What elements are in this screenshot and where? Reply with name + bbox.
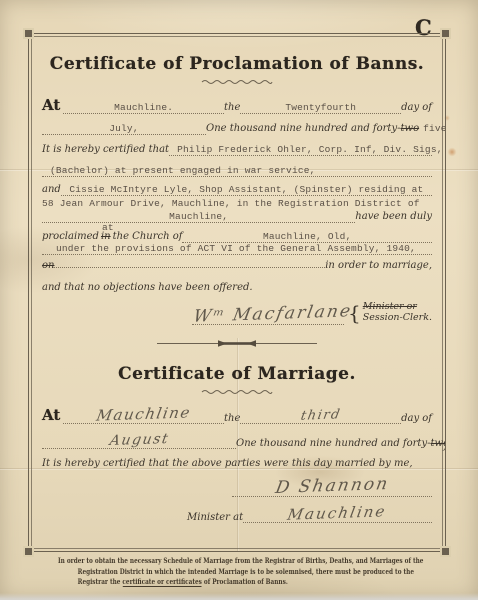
objections-text: and that no objections have been offered…	[42, 282, 253, 293]
church-value: Mauchline, Old,	[263, 231, 352, 242]
the-label: the	[224, 413, 240, 424]
banns-order-row: on in order to marriage,	[42, 260, 432, 271]
minister-at-row: Minister at Mauchline	[42, 501, 432, 523]
session-clerk-signature-field: Wᵐ Macfarlane	[192, 304, 344, 325]
year-struck-word: two	[400, 123, 419, 134]
church-field: Mauchline, Old,	[182, 231, 432, 243]
session-clerk-signature: Wᵐ Macfarlane	[192, 301, 354, 326]
footer-line-3-post: of Proclamation of Banns.	[202, 577, 288, 586]
at-label: At	[42, 406, 63, 424]
banns-district-row: Mauchline, have been duly	[42, 211, 432, 223]
banns-year-typed-value: five.	[423, 123, 445, 134]
photo-bottom-edge	[0, 593, 478, 600]
banns-bride-address-row: 58 Jean Armour Drive, Mauchline, in the …	[42, 198, 432, 209]
banns-groom-status-row: (Bachelor) at present engaged in war ser…	[42, 165, 432, 177]
day-of-label: day of	[401, 102, 432, 113]
marriage-place-value: Mauchline	[95, 403, 192, 424]
certified-label: It is hereby certified that	[42, 144, 169, 155]
banns-month-field: July,	[42, 123, 206, 135]
certificate-content: Certificate of Proclamation of Banns. At…	[29, 34, 445, 551]
minister-at-label: Minister at	[187, 512, 243, 523]
minister-signature: D Shannon	[273, 474, 390, 498]
year-printed-text: One thousand nine hundred and forty-	[236, 438, 430, 449]
bride-name-value: Cissie McIntyre Lyle, Shop Assistant, (S…	[69, 184, 423, 195]
provisions-value: under the provisions of ACT VI of the Ge…	[56, 243, 416, 254]
minister-or-struck: Minister or	[363, 301, 417, 312]
banns-title: Certificate of Proclamation of Banns.	[42, 54, 432, 74]
marriage-certified-text: It is hereby certified that the above pa…	[42, 458, 413, 469]
minister-place-value: Mauchline	[287, 502, 389, 523]
banns-place-value: Mauchline.	[114, 102, 173, 113]
on-struck-word: on	[42, 260, 54, 271]
marriage-day-value: third	[299, 407, 342, 423]
groom-name-value: Philip Frederick Ohler, Corp. Inf, Div. …	[177, 144, 443, 155]
church-of-label: the Church of	[113, 231, 183, 242]
in-at-correction: in at	[101, 231, 111, 242]
ornamental-border-frame: Certificate of Proclamation of Banns. At…	[28, 33, 446, 552]
wavy-underline-ornament	[201, 388, 273, 395]
district-field: Mauchline,	[42, 211, 355, 223]
minister-signature-field: D Shannon	[232, 476, 432, 497]
the-label: the	[224, 102, 240, 113]
banns-place-date-row: At Mauchline. the Twentyfourth day of	[42, 96, 432, 114]
marriage-month-year-row: August One thousand nine hundred and for…	[42, 431, 432, 449]
bride-name-field: Cissie McIntyre Lyle, Shop Assistant, (S…	[61, 184, 432, 196]
groom-name-field: Philip Frederick Ohler, Corp. Inf, Div. …	[169, 144, 432, 156]
banns-place-field: Mauchline.	[63, 102, 224, 114]
at-typed-correction: at	[102, 222, 114, 233]
banns-day-field: Twentyfourth	[240, 102, 401, 114]
duly-label: have been duly	[355, 211, 432, 222]
provisions-field: under the provisions of ACT VI of the Ge…	[42, 243, 432, 255]
bride-address-value: 58 Jean Armour Drive, Mauchline, in the …	[42, 198, 420, 209]
marriage-certified-row: It is hereby certified that the above pa…	[42, 458, 432, 469]
order-empty-field	[54, 267, 325, 268]
groom-status-value: (Bachelor) at present engaged in war ser…	[50, 165, 316, 176]
footer-line-1: In order to obtain the necessary Schedul…	[58, 556, 402, 567]
proclaimed-label: proclaimed	[42, 231, 99, 242]
footer-line-2: Registration District in which the inten…	[58, 567, 402, 578]
banns-day-value: Twentyfourth	[285, 102, 356, 113]
signatory-role-group: { Minister or Session-Clerk.	[344, 301, 432, 325]
groom-status-field: (Bachelor) at present engaged in war ser…	[42, 165, 432, 177]
district-value: Mauchline,	[169, 211, 228, 222]
banns-objections-row: and that no objections have been offered…	[42, 282, 432, 293]
banns-month-value: July,	[109, 123, 139, 134]
banns-month-year-row: July, One thousand nine hundred and fort…	[42, 123, 432, 135]
year-printed-text: One thousand nine hundred and forty-	[206, 123, 400, 134]
session-clerk-label: Session-Clerk.	[363, 312, 432, 323]
section-divider-rule	[157, 339, 317, 348]
banns-provisions-row: under the provisions of ACT VI of the Ge…	[42, 243, 432, 255]
banns-bride-row: and Cissie McIntyre Lyle, Shop Assistant…	[42, 184, 432, 196]
scanned-certificate-photo: C Certificate of Proclamation of Banns. …	[0, 0, 478, 600]
year-struck-word: two	[430, 438, 445, 449]
footer-line-3-underlined: certificate or certificates	[122, 577, 201, 587]
at-label: At	[42, 96, 63, 114]
minister-place-field: Mauchline	[243, 504, 432, 523]
marriage-day-field: third	[240, 408, 401, 424]
footer-line-3-pre: Registrar the	[78, 577, 123, 586]
paper-background: C Certificate of Proclamation of Banns. …	[0, 0, 478, 600]
marriage-month-value: August	[108, 431, 170, 449]
banns-proclaimed-row: proclaimed in at the Church of Mauchline…	[42, 231, 432, 243]
wavy-underline-ornament	[201, 78, 273, 85]
marriage-signature-row: D Shannon	[42, 473, 432, 497]
marriage-place-date-row: At Mauchline the third day of	[42, 405, 432, 424]
day-of-label: day of	[401, 413, 432, 424]
order-label: in order to marriage,	[325, 260, 432, 271]
signatory-role-lines: Minister or Session-Clerk.	[363, 302, 432, 324]
marriage-place-field: Mauchline	[63, 405, 224, 424]
marriage-month-field: August	[42, 432, 236, 449]
and-label: and	[42, 184, 61, 195]
footer-line-3: Registrar the certificate or certificate…	[58, 577, 402, 588]
banns-signature-row: Wᵐ Macfarlane { Minister or Session-Cler…	[42, 299, 432, 325]
banns-groom-row: It is hereby certified that Philip Frede…	[42, 144, 432, 156]
footer-instructions: In order to obtain the necessary Schedul…	[58, 556, 402, 588]
marriage-title: Certificate of Marriage.	[42, 364, 432, 384]
